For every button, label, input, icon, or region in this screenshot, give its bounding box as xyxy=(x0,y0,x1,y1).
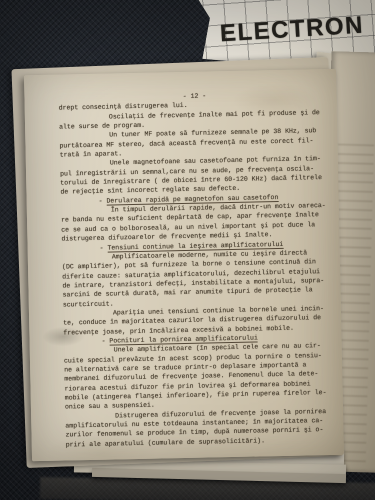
typewritten-text: - 12 - drept consecinţă distrugerea lui.… xyxy=(58,89,337,450)
photo-scene: ELECTRON - 12 - drept consecinţă distrug… xyxy=(0,0,375,500)
document-page: - 12 - drept consecinţă distrugerea lui.… xyxy=(24,69,344,461)
body-lines: drept consecinţă distrugerea lui.Oscilaţ… xyxy=(59,98,338,449)
masthead-title: ELECTRON xyxy=(219,12,364,49)
